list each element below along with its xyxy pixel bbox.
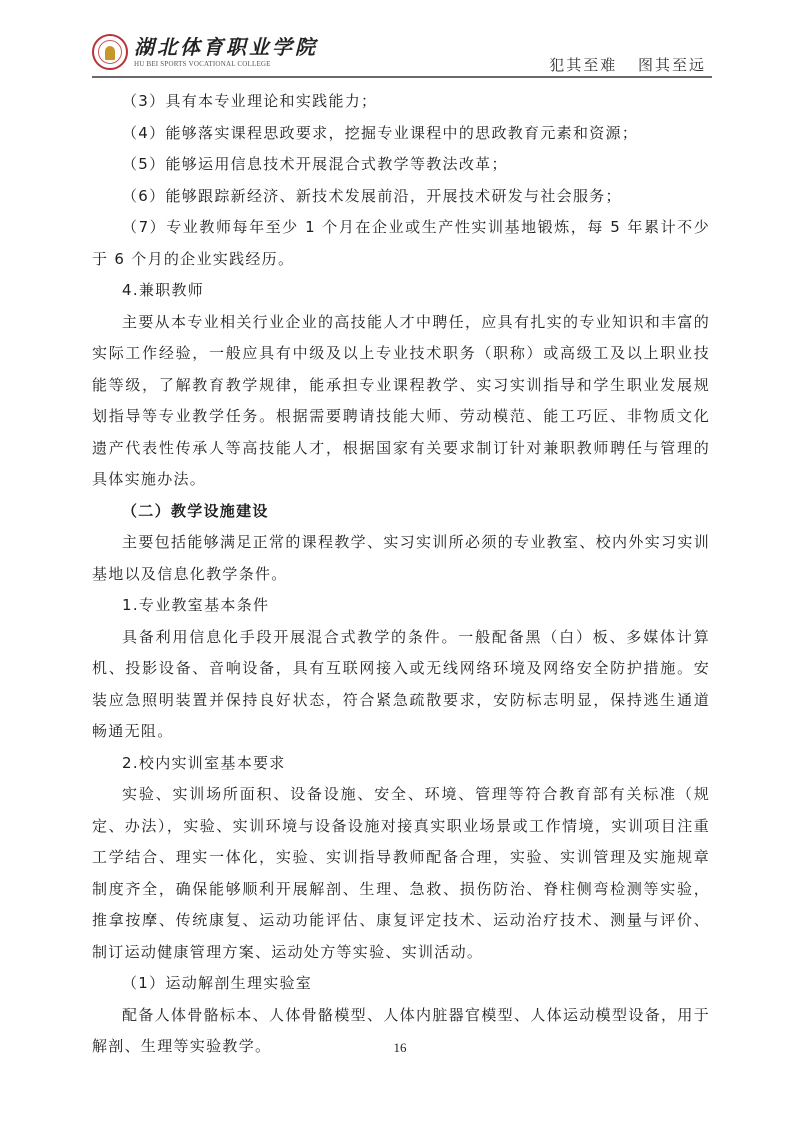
paragraph-part-time-teachers: 主要从本专业相关行业企业的高技能人才中聘任，应具有扎实的专业知识和丰富的实际工作…: [92, 307, 710, 496]
list-item-4: （4）能够落实课程思政要求，挖掘专业课程中的思政教育元素和资源；: [92, 118, 710, 150]
paragraph-classroom: 具备利用信息化手段开展混合式教学的条件。一般配备黑（白）板、多媒体计算机、投影设…: [92, 622, 710, 748]
subheading-classroom: 1.专业教室基本条件: [92, 590, 710, 622]
list-item-7: （7）专业教师每年至少 1 个月在企业或生产性实训基地锻炼，每 5 年累计不少于…: [92, 212, 710, 275]
list-item-5: （5）能够运用信息技术开展混合式教学等教法改革；: [92, 149, 710, 181]
header-divider: [92, 76, 712, 78]
paragraph-training-room: 实验、实训场所面积、设备设施、安全、环境、管理等符合教育部有关标准（规定、办法）…: [92, 779, 710, 968]
list-item-6: （6）能够跟踪新经济、新技术发展前沿，开展技术研发与社会服务；: [92, 181, 710, 213]
page-header: 湖北体育职业学院 HU BEI SPORTS VOCATIONAL COLLEG…: [92, 34, 710, 76]
page-number: 16: [0, 1040, 800, 1056]
paragraph-facilities-intro: 主要包括能够满足正常的课程教学、实习实训所必须的专业教室、校内外实习实训基地以及…: [92, 527, 710, 590]
subheading-part-time-teachers: 4.兼职教师: [92, 275, 710, 307]
school-name-cn: 湖北体育职业学院: [134, 35, 318, 59]
college-seal-icon: [92, 34, 128, 70]
school-name-en: HU BEI SPORTS VOCATIONAL COLLEGE: [134, 59, 318, 69]
college-motto: 犯其至难 图其至远: [549, 54, 706, 75]
school-name: 湖北体育职业学院 HU BEI SPORTS VOCATIONAL COLLEG…: [134, 35, 318, 69]
college-logo: 湖北体育职业学院 HU BEI SPORTS VOCATIONAL COLLEG…: [92, 34, 318, 70]
section-heading-facilities: （二）教学设施建设: [92, 496, 710, 528]
subheading-training-room: 2.校内实训室基本要求: [92, 748, 710, 780]
document-body: （3）具有本专业理论和实践能力； （4）能够落实课程思政要求，挖掘专业课程中的思…: [92, 86, 710, 1063]
list-item-3: （3）具有本专业理论和实践能力；: [92, 86, 710, 118]
subheading-anatomy-lab: （1）运动解剖生理实验室: [92, 968, 710, 1000]
